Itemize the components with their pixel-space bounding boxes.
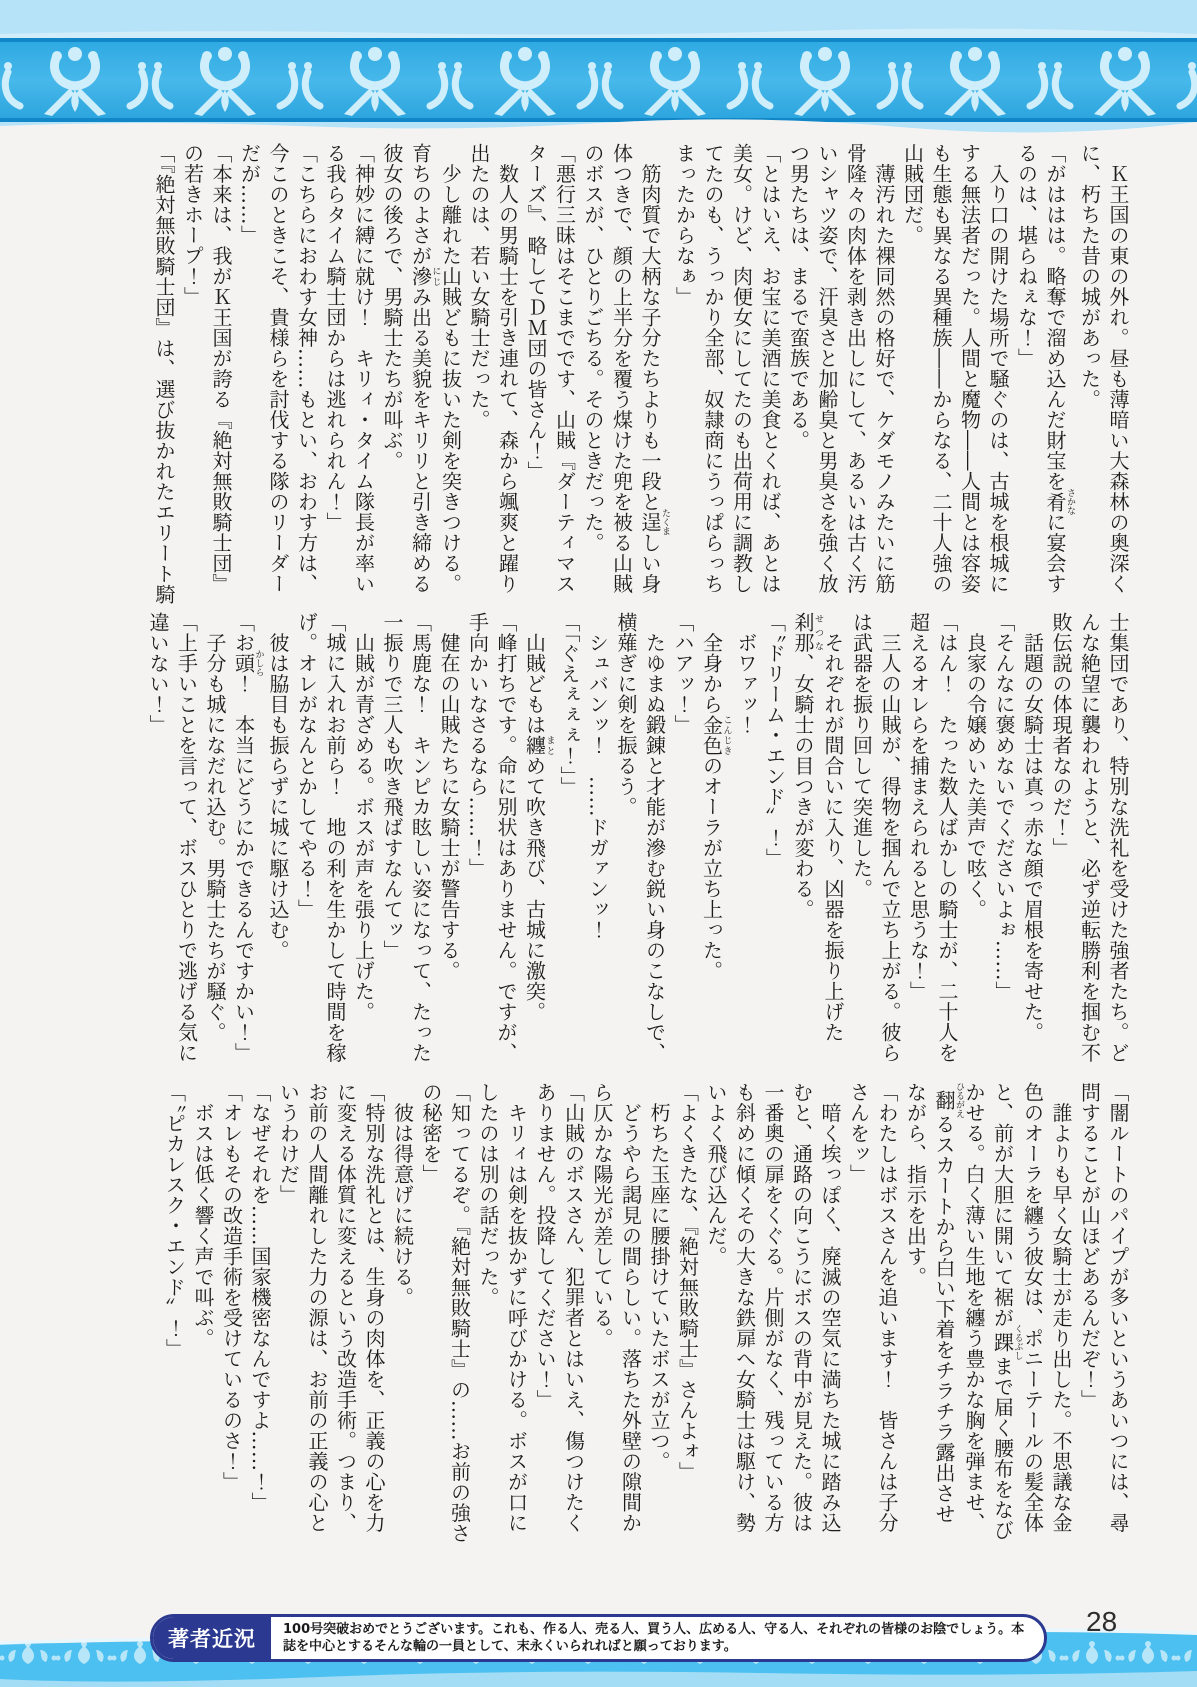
paragraph: 「はん！ たった数人ばかしの騎士が、二十人を超えるオレらを捕まえられると思うな！… <box>904 612 961 1074</box>
paragraph: 誰よりも早く女騎士が走り出した。不思議な金色のオーラを纏う彼女は、ポニーテールの… <box>901 1082 1075 1544</box>
paragraph: 「山賊のボスさん、犯罪者とはいえ、傷つけたくありません。投降してください！」 <box>531 1082 588 1544</box>
paragraph: 話題の女騎士は真っ赤な顔で眉根を寄せた。 <box>1018 612 1047 1074</box>
paragraph: ボスは低く響く声で叫ぶ。 <box>189 1082 218 1544</box>
paragraph: 「がははは。略奪で溜め込んだ財宝を肴さかなに宴会するのは、堪らねぇな！」 <box>1012 143 1075 605</box>
paragraph: 「〝ピカレスク・エンド〟！」 <box>160 1082 189 1544</box>
paragraph: 「上手いことを言って、ボスひとりで逃げる気に違いない！」 <box>144 612 201 1074</box>
paragraph: 良家の令嬢めいた美声で呟く。 <box>961 612 990 1074</box>
paragraph: 「ハアッ！」 <box>669 612 698 1074</box>
paragraph: たゆまぬ鍛錬と才能が滲む鋭い身のこなしで、横薙ぎに剣を振るう。 <box>612 612 669 1074</box>
paragraph: 「城に入れお前ら！ 地の利を生かして時間を稼げ。オレがなんとかしてやる！」 <box>292 612 349 1074</box>
text-band-2: 士集団であり、特別な洗礼を受けた強者たち。どんな絶望に襲われようと、必ず逆転勝利… <box>136 612 1132 1074</box>
paragraph: 「なぜそれを……国家機密なんですよ……！」 <box>246 1082 275 1544</box>
paragraph: 「オレもその改造手術を受けているのさ！」 <box>217 1082 246 1544</box>
paragraph: 三人の山賊が、得物を掴んで立ち上がる。彼らは武器を振り回して突進した。 <box>847 612 904 1074</box>
text-band-1: Ｋ王国の東の外れ。昼も薄暗い大森林の奥深くに、朽ちた昔の城があった。「がははは。… <box>136 143 1132 605</box>
paragraph: 健在の山賊たちに女騎士が警告する。 <box>435 612 464 1074</box>
paragraph: どうやら謁見の間らしい。落ちた外壁の隙間から仄かな陽光が差している。 <box>588 1082 645 1544</box>
paragraph: 「特別な洗礼とは、生身の肉体を、正義の心を力に変える体質に変えるという改造手術。… <box>274 1082 388 1544</box>
paragraph: 「『絶対無敗騎士団』は、選び抜かれたエリート騎 <box>150 143 179 605</box>
top-border-ornament <box>0 0 1197 138</box>
paragraph: 「神妙に縛に就け！ キリィ・タイム隊長が率いる我らタイム騎士団からは逃れられん！… <box>321 143 378 605</box>
paragraph: 全身から金色こんじきのオーラが立ち上った。 <box>697 612 732 1074</box>
paragraph: 彼は脇目も振らずに城に駆け込む。 <box>264 612 293 1074</box>
paragraph: 数人の男騎士を引き連れて、森から颯爽と躍り出たのは、若い女騎士だった。 <box>465 143 522 605</box>
paragraph: ボワァッ！ <box>732 612 761 1074</box>
paragraph: 暗く埃っぽく、廃滅の空気に満ちた城に踏み込むと、通路の向こうにボスの背中が見えた… <box>702 1082 845 1544</box>
paragraph: 「〝ドリーム・エンド〟！」 <box>760 612 789 1074</box>
paragraph: それぞれが間合いに入り、凶器を振り上げた刹那せつな、女騎士の目つきが変わる。 <box>789 612 848 1074</box>
paragraph: 士集団であり、特別な洗礼を受けた強者たち。どんな絶望に襲われようと、必ず逆転勝利… <box>1047 612 1133 1074</box>
page-number: 28 <box>1086 1606 1117 1638</box>
text-band-3: 「闇ルートのパイプが多いというあいつには、尋問することが山ほどあるんだぞ！」 誰… <box>136 1082 1132 1544</box>
paragraph: 少し離れた山賊どもに抜いた剣を突きつける。育ちのよさが滲にじみ出る美貌をキリリと… <box>378 143 465 605</box>
paragraph: 「よくきたな、『絶対無敗騎士』さんよォ」 <box>673 1082 702 1544</box>
paragraph: 「そんなに褒めないでくださいよぉ……」 <box>990 612 1019 1074</box>
footer-note-label: 著者近況 <box>153 1617 271 1659</box>
scanned-novel-page: Ｋ王国の東の外れ。昼も薄暗い大森林の奥深くに、朽ちた昔の城があった。「がははは。… <box>0 0 1197 1687</box>
paragraph: 「「ぐえぇぇぇ！」」 <box>555 612 584 1074</box>
paragraph: 入り口の開けた場所で騒ぐのは、古城を根城にする無法者だった。人間と魔物――人間と… <box>898 143 1012 605</box>
paragraph: 「悪行三昧はそこまでです、山賊『ダーティマスターズ』、略してＤＭ団の皆さん！」 <box>522 143 579 605</box>
paragraph: 薄汚れた裸同然の格好で、ケダモノみたいに筋骨隆々の肉体を剥き出しにして、あるいは… <box>784 143 898 605</box>
paragraph: Ｋ王国の東の外れ。昼も薄暗い大森林の奥深くに、朽ちた昔の城があった。 <box>1075 143 1132 605</box>
paragraph: 子分も城になだれ込む。男騎士たちが騒ぐ。 <box>201 612 230 1074</box>
paragraph: キリィは剣を抜かずに呼びかける。ボスが口にしたのは別の話だった。 <box>474 1082 531 1544</box>
paragraph: 「お頭かしら！ 本当にどうにかできるんですかい！」 <box>229 612 264 1074</box>
paragraph: 山賊どもは纏まとめて吹き飛び、古城に激突。 <box>520 612 555 1074</box>
paragraph: 「馬鹿な！ キンピカ眩しい姿になって、たった一振りで三人も吹き飛ばすなんてッ」 <box>378 612 435 1074</box>
paragraph: 「知ってるぞ。『絶対無敗騎士』の……お前の強さの秘密を」 <box>417 1082 474 1544</box>
footer-note-box: 著者近況 100号突破おめでとうございます。これも、作る人、売る人、買う人、広め… <box>150 1614 1047 1662</box>
paragraph: 「闇ルートのパイプが多いというあいつには、尋問することが山ほどあるんだぞ！」 <box>1075 1082 1132 1544</box>
paragraph: 「わたしはボスさんを追います！ 皆さんは子分さんをッ」 <box>844 1082 901 1544</box>
paragraph: 山賊が青ざめる。ボスが声を張り上げた。 <box>349 612 378 1074</box>
paragraph: 筋肉質で大柄な子分たちよりも一段と逞たくましい身体つきで、顔の上半分を覆う煤けた… <box>579 143 671 605</box>
paragraph: シュバンッ！ ……ドガァンッ！ <box>583 612 612 1074</box>
paragraph: 「本来は、我がＫ王国が誇る『絶対無敗騎士団』の若きホープ！」 <box>178 143 235 605</box>
paragraph: 「こちらにおわす女神……もとい、おわす方は、今このときこそ、貴様らを討伐する隊の… <box>235 143 321 605</box>
paragraph: 「とはいえ、お宝に美酒に美食とくれば、あとは美女。けど、肉便女にしてたのも出荷用… <box>670 143 784 605</box>
paragraph: 彼は得意げに続ける。 <box>388 1082 417 1544</box>
paragraph: 「峰打ちです。命に別状はありません。ですが、手向かいなさるなら……！」 <box>463 612 520 1074</box>
paragraph: 朽ちた玉座に腰掛けていたボスが立つ。 <box>645 1082 674 1544</box>
footer-note-text: 100号突破おめでとうございます。これも、作る人、売る人、買う人、広める人、守る… <box>271 1617 1044 1659</box>
